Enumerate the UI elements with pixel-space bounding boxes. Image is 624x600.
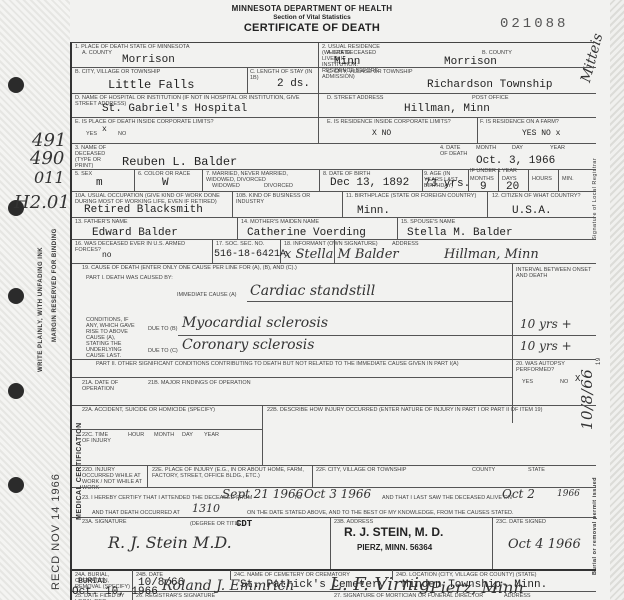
burial-year-prefix: 19 <box>596 357 602 365</box>
injury-month-col: Month <box>154 432 174 438</box>
binder-hole <box>8 383 24 399</box>
residence-city-value: Richardson Township <box>427 79 552 91</box>
spouse-label: 15. SPOUSE'S NAME <box>401 219 455 225</box>
death-county-value: Morrison <box>122 54 175 66</box>
due-to-b-value: Myocardial sclerosis <box>182 315 328 331</box>
date-filed-value: Oct. 10, 1966 <box>72 586 158 598</box>
armed-forces-label: 16. WAS DECEASED EVER IN U.S. ARMED FORC… <box>75 241 210 253</box>
binder-hole <box>8 288 24 304</box>
informant-address: Hillman, Minn <box>444 247 539 262</box>
margin-code-3: 011 <box>34 168 65 187</box>
birthplace-label: 11. BIRTHPLACE (State or foreign country… <box>346 193 486 199</box>
injury-city-label: 22f. CITY, VILLAGE OR TOWNSHIP <box>316 467 406 473</box>
informant-address-label: ADDRESS <box>392 241 419 247</box>
injury-state-label: STATE <box>528 467 545 473</box>
binder-hole <box>8 477 24 493</box>
sex-label: 5. SEX <box>75 171 92 177</box>
autopsy-no: NO <box>560 379 568 385</box>
part1-label: PART I. DEATH WAS CAUSED BY: <box>86 275 173 281</box>
death-city-value: Little Falls <box>108 78 194 92</box>
physician-name-stamp: R. J. STEIN, M. D. <box>344 525 443 539</box>
days-value: 20 <box>506 181 519 193</box>
funeral-director-address: Pierz, Minn <box>430 578 524 597</box>
binder-hole <box>8 77 24 93</box>
months-value: 9 <box>480 181 487 193</box>
signature-label: 23a. SIGNATURE <box>82 519 127 525</box>
certificate-number: 021088 <box>500 16 568 32</box>
death-limits-label: e. IS PLACE OF DEATH INSIDE CORPORATE LI… <box>75 119 315 125</box>
residence-farm-value: YES NO x <box>522 129 560 138</box>
agency-name: MINNESOTA DEPARTMENT OF HEALTH <box>0 4 624 13</box>
citizen-label: 12. CITIZEN OF WHAT COUNTRY? <box>492 193 592 199</box>
race-value: W <box>162 177 169 189</box>
right-margin-scan-noise <box>610 0 624 600</box>
due-to-b-interval: 10 yrs + <box>520 317 572 331</box>
death-date-value: Oct. 3, 1966 <box>476 155 555 167</box>
burial-type-value: BURIAL <box>78 577 107 586</box>
death-time: 1310 <box>192 502 220 515</box>
physician-city-stamp: PIERZ, MINN. 56364 <box>357 543 432 552</box>
informant-signature: x Stella M Balder <box>284 247 399 262</box>
date-signed-value: Oct 4 1966 <box>508 537 581 552</box>
accident-label: 22a. ACCIDENT, SUICIDE OR HOMICIDE (SPEC… <box>82 407 215 413</box>
hospital-value: St. Gabriel's Hospital <box>102 103 247 115</box>
part2-label: PART II. OTHER SIGNIFICANT CONDITIONS CO… <box>96 361 506 367</box>
ssn-label: 17. SOC. SEC. NO. <box>216 241 264 247</box>
death-time-zone: CDT <box>236 519 252 529</box>
residence-street-label: d. STREET ADDRESS <box>327 95 383 101</box>
registrar-signature-value: Roland J. Emmrich <box>162 578 294 594</box>
decedent-name-label: 3. NAME OF DECEASED (Type or Print) <box>75 145 107 169</box>
residence-limits-label: e. IS RESIDENCE INSIDE CORPORATE LIMITS? <box>327 119 477 125</box>
attended-to: Oct 3 1966 <box>304 487 371 501</box>
medical-certification-section-label: MEDICAL CERTIFICATION <box>76 422 83 520</box>
interval-label: INTERVAL BETWEEN ONSET AND DEATH <box>516 267 592 279</box>
business-label: 10b. KIND OF BUSINESS OR INDUSTRY <box>236 193 336 205</box>
marital-widowed: WIDOWED <box>212 183 240 189</box>
residence-limits-value: X NO <box>372 129 391 138</box>
injury-time-label: 22c. TIME OF INJURY <box>82 432 112 444</box>
residence-farm-label: f. IS RESIDENCE ON A FARM? <box>480 119 590 125</box>
armed-forces-value: no <box>102 251 112 260</box>
margin-instruction-write-plainly: WRITE PLAINLY, WITH UNFADING INK <box>38 247 44 372</box>
margin-code-2: 490 <box>30 148 64 169</box>
injury-place-label: 22e. PLACE OF INJURY (e.g., in or about … <box>152 467 310 479</box>
received-stamp: RECD NOV 14 1966 <box>50 473 62 590</box>
mother-label: 14. MOTHER'S MAIDEN NAME <box>241 219 319 225</box>
marital-label: 7. MARRIED, NEVER MARRIED, WIDOWED, DIVO… <box>206 171 316 183</box>
residence-city-label: c. CITY, VILLAGE OR TOWNSHIP <box>327 69 413 75</box>
death-limits-check: x <box>102 125 107 134</box>
autopsy-label: 20. WAS AUTOPSY PERFORMED? <box>516 361 592 373</box>
residence-state-value: Minn <box>334 56 360 68</box>
death-date-day-col: Day <box>512 145 523 151</box>
cause-of-death-label: 19. CAUSE OF DEATH (Enter only one cause… <box>82 265 382 271</box>
death-limits-no: NO <box>118 131 126 137</box>
father-value: Edward Balder <box>92 227 178 239</box>
injury-hour-col: Hour <box>128 432 144 438</box>
date-signed-label: 23c. DATE SIGNED <box>496 519 546 525</box>
under-one-year-label: IF UNDER 1 YEAR <box>470 168 590 174</box>
last-seen-year: 1966 <box>557 489 580 499</box>
due-to-c-interval: 10 yrs + <box>520 339 572 353</box>
residence-post-office-value: Hillman, Minn <box>404 103 490 115</box>
physician-signature: R. J. Stein M.D. <box>108 533 232 552</box>
due-to-b-label: DUE TO (b) <box>148 326 177 332</box>
due-to-c-label: DUE TO (c) <box>148 348 178 354</box>
attended-to-label: to <box>294 495 302 501</box>
birthplace-value: Minn. <box>357 205 390 217</box>
attended-from: Sept 21 1966 <box>222 487 303 501</box>
ssn-value: 516-18-6421A <box>214 249 286 260</box>
operation-date-label: 21a. DATE OF OPERATION <box>82 380 132 392</box>
autopsy-yes: YES <box>522 379 533 385</box>
death-date-month-col: Month <box>476 145 496 151</box>
immediate-cause-label: IMMEDIATE CAUSE (a) <box>177 292 237 298</box>
father-label: 13. FATHER'S NAME <box>75 219 128 225</box>
death-city-label: b. CITY, VILLAGE OR TOWNSHIP <box>75 69 245 75</box>
injury-county-label: COUNTY <box>472 467 495 473</box>
hours-col: Hours <box>532 176 552 182</box>
operation-findings-label: 21b. MAJOR FINDINGS OF OPERATION <box>148 380 251 386</box>
attend-text-3: and that death occurred at <box>92 510 180 516</box>
funeral-director-signature: L. F. Virnig <box>330 574 430 595</box>
attend-text-2: and that I last saw the deceased alive o… <box>382 495 512 501</box>
injury-day-col: Day <box>182 432 193 438</box>
attend-text-4: on the date stated above, and to the bes… <box>247 510 537 516</box>
residence-post-office-label: POST OFFICE <box>472 95 509 101</box>
autopsy-check: X <box>575 374 580 384</box>
death-certificate-form: 1. PLACE OF DEATH STATE OF MINNESOTA a. … <box>70 42 596 600</box>
margin-instruction-binding: MARGIN RESERVED FOR BINDING <box>52 228 58 342</box>
margin-code-4: H2.01 <box>14 192 70 213</box>
due-to-c-value: Coronary sclerosis <box>182 337 314 353</box>
length-of-stay-value: 2 ds. <box>277 78 310 90</box>
mother-value: Catherine Voerding <box>247 227 366 239</box>
death-limits-yes: YES <box>86 131 97 137</box>
age-value: 73 yrs. <box>424 178 470 190</box>
birth-date-value: Dec 13, 1892 <box>330 177 409 189</box>
death-date-year-col: Year <box>550 145 565 151</box>
decedent-name-value: Reuben L. Balder <box>122 155 237 169</box>
citizen-value: U.S.A. <box>512 205 552 217</box>
injury-description-label: 22b. DESCRIBE HOW INJURY OCCURRED (Enter… <box>267 407 587 413</box>
death-date-label: 4. DATE OF DEATH <box>440 145 468 157</box>
death-county-label: a. COUNTY <box>82 50 112 56</box>
min-col: Min. <box>562 176 574 182</box>
immediate-cause-value: Cardiac standstill <box>250 283 375 299</box>
residence-county-value: Morrison <box>444 56 497 68</box>
sex-value: m <box>96 177 103 189</box>
last-seen-alive: Oct 2 <box>502 487 535 501</box>
marital-divorced: DIVORCED <box>264 183 293 189</box>
injury-year-col: Year <box>204 432 219 438</box>
conditions-label: Conditions, if any, which gave rise to a… <box>86 317 136 359</box>
occupation-value: Retired Blacksmith <box>84 204 203 216</box>
spouse-value: Stella M. Balder <box>407 227 513 239</box>
